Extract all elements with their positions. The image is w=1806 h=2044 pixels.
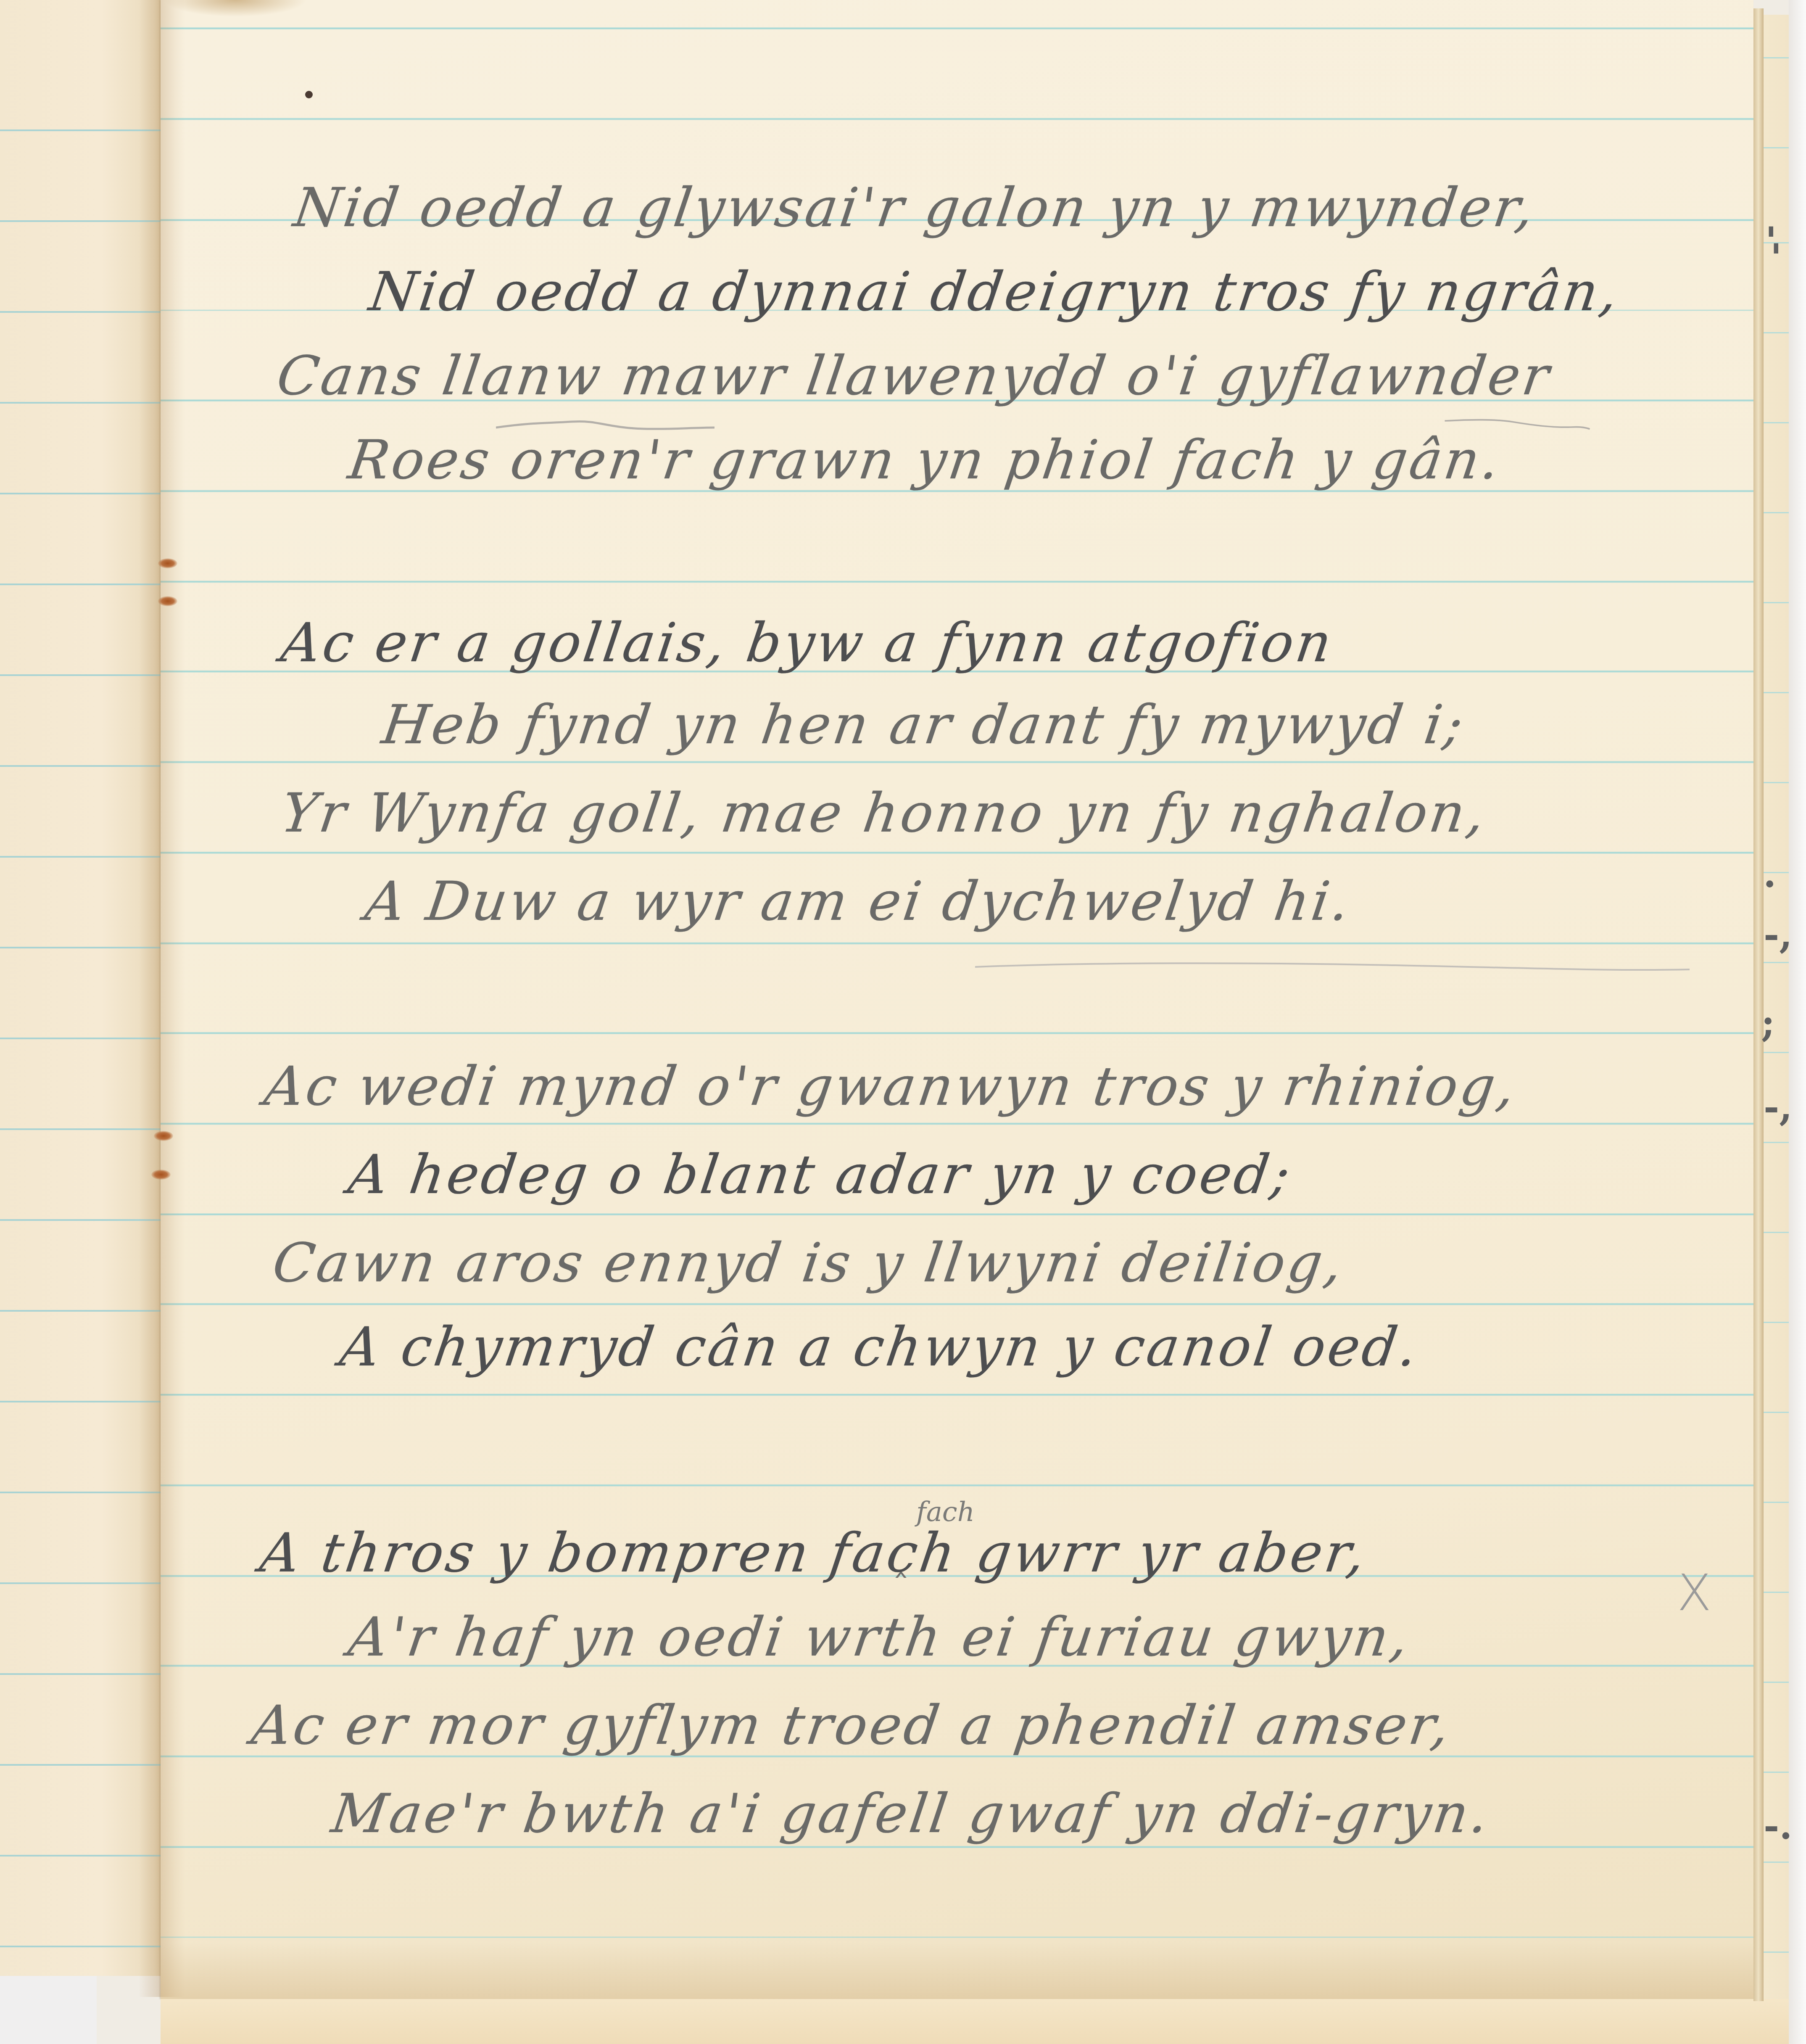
poem-line: Cans llanw mawr llawenydd o'i gyflawnder — [273, 345, 1555, 407]
edge-mark: -, — [1764, 912, 1793, 957]
edge-mark: -. — [1764, 1804, 1793, 1848]
edge-mark: · — [1763, 862, 1776, 906]
poem-line: Cawn aros ennyd is y llwyni deiliog, — [269, 1232, 1349, 1294]
poem-line: A Duw a wyr am ei dychwelyd hi. — [361, 870, 1356, 933]
poem-line: Roes oren'r grawn yn phiol fach y gân. — [345, 429, 1505, 491]
poem-line: A'r haf yn oedi wrth ei furiau gwyn, — [345, 1606, 1415, 1669]
poem-line: Ac er mor gyflym troed a phendil amser, — [248, 1694, 1456, 1757]
poem-line: A thros y bompren fach gwrr yr aber, — [256, 1522, 1371, 1584]
scanned-page: Nid oedd a glywsai'r galon yn y mwynder,… — [0, 0, 1806, 2044]
poem: Nid oedd a glywsai'r galon yn y mwynder,… — [0, 0, 1806, 2044]
poem-line: Yr Wynfa goll, mae honno yn fy nghalon, — [277, 782, 1491, 845]
poem-line: A chymryd cân a chwyn y canol oed. — [336, 1316, 1424, 1379]
poem-line: Ac wedi mynd o'r gwanwyn tros y rhiniog, — [261, 1055, 1521, 1118]
pencil-x-mark: X — [1677, 1564, 1711, 1622]
edge-mark: -, — [1764, 1085, 1793, 1129]
edge-mark: ; — [1761, 1001, 1775, 1045]
poem-line: A hedeg o blant adar yn y coed; — [345, 1143, 1297, 1206]
poem-line: Nid oedd a dynnai ddeigryn tros fy ngrân… — [366, 261, 1624, 323]
pencil-underline — [975, 959, 1690, 975]
poem-line: Heb fynd yn hen ar dant fy mywyd i; — [378, 694, 1469, 756]
edge-mark: ' — [1770, 235, 1782, 280]
poem-line: Nid oedd a glywsai'r galon yn y mwynder, — [290, 177, 1540, 239]
poem-line: Mae'r bwth a'i gafell gwaf yn ddi-gryn. — [328, 1783, 1495, 1845]
poem-line: Ac er a gollais, byw a fynn atgofion — [277, 612, 1338, 674]
